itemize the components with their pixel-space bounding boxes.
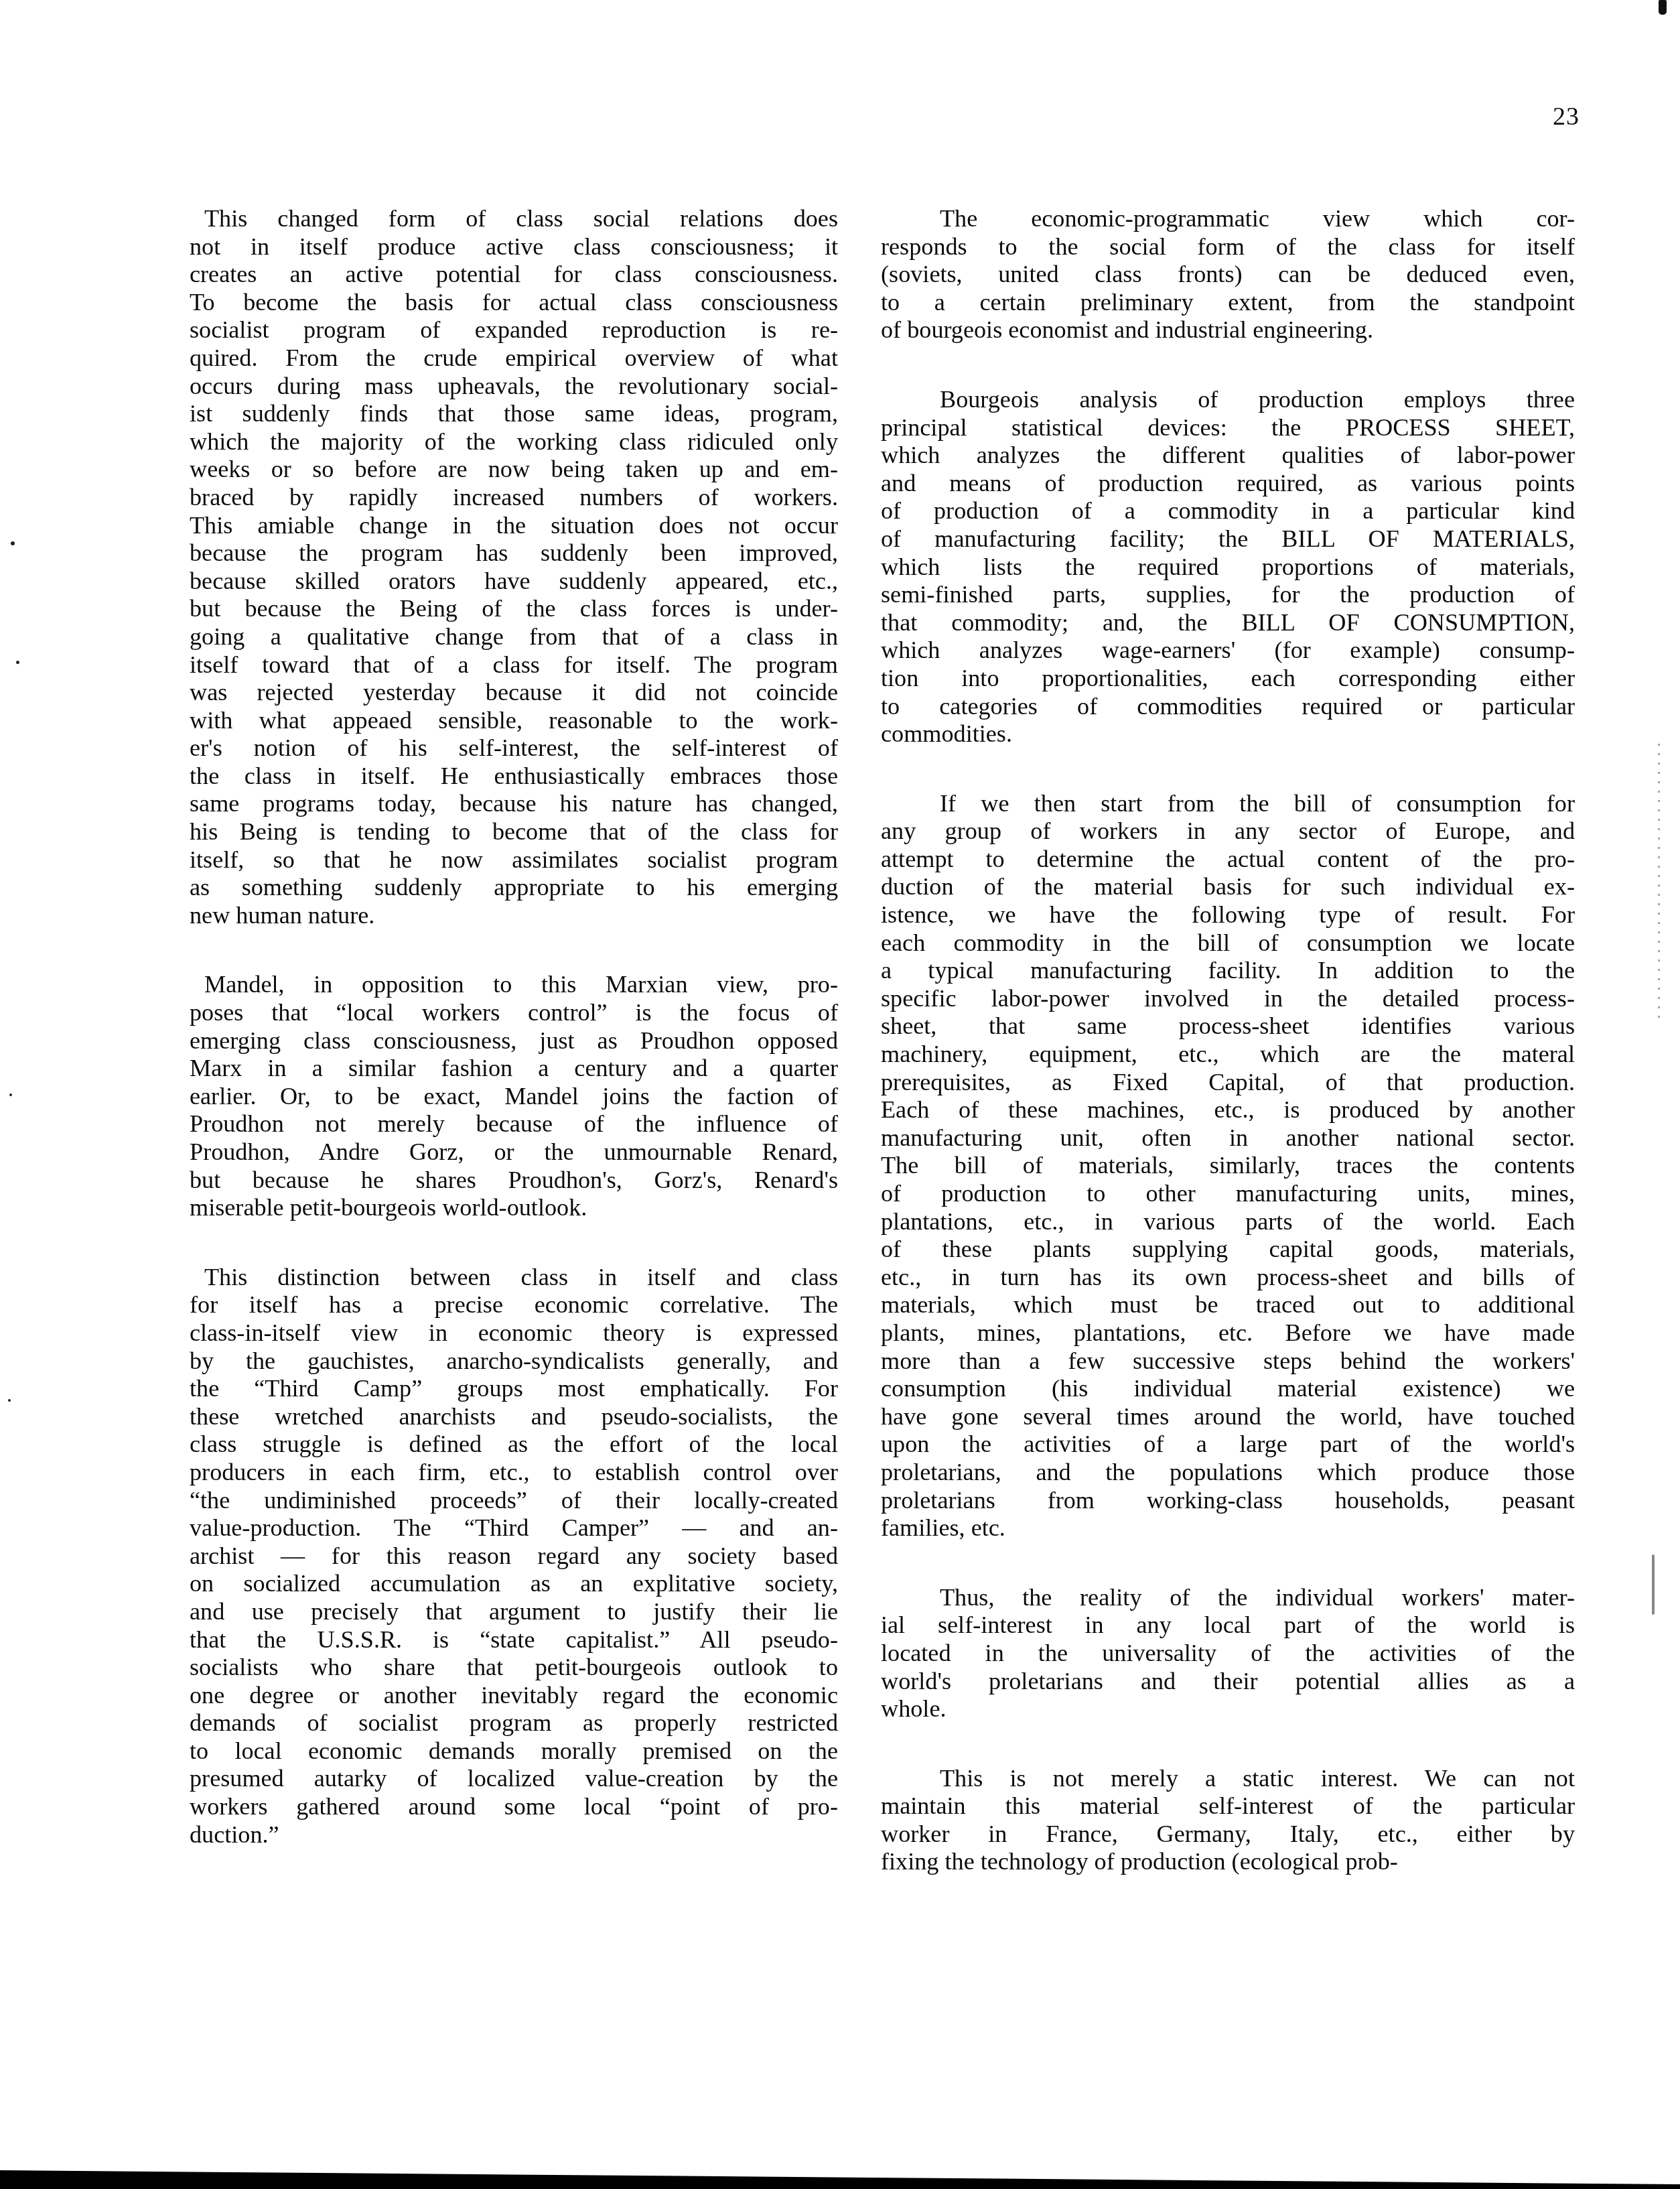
text-line: duction.”: [190, 1821, 838, 1849]
paragraph: Mandel, in opposition to this Marxian vi…: [190, 971, 838, 1221]
text-line: not in itself produce active class consc…: [190, 233, 838, 261]
text-line: of these plants supplying capital goods,…: [881, 1236, 1575, 1264]
text-line: itself, so that he now assimilates socia…: [190, 846, 838, 874]
text-line: “the undiminished proceeds” of their loc…: [190, 1487, 838, 1515]
paragraph: The economic-programmatic view which cor…: [881, 205, 1575, 344]
text-line: the “Third Camp” groups most emphaticall…: [190, 1375, 838, 1403]
text-line: value-production. The “Third Camper” — a…: [190, 1514, 838, 1542]
text-line: This distinction between class in itself…: [190, 1264, 838, 1292]
text-line: (soviets, united class fronts) can be de…: [881, 261, 1575, 289]
text-line: specific labor-power involved in the det…: [881, 985, 1575, 1013]
text-line: Each of these machines, etc., is produce…: [881, 1096, 1575, 1124]
text-line: to categories of commodities required or…: [881, 693, 1575, 721]
text-line: quired. From the crude empirical overvie…: [190, 344, 838, 373]
text-line: producers in each firm, etc., to establi…: [190, 1459, 838, 1487]
text-line: these wretched anarchists and pseudo-soc…: [190, 1403, 838, 1431]
paragraph: This changed form of class social relati…: [190, 205, 838, 929]
text-line: semi-finished parts, supplies, for the p…: [881, 581, 1575, 609]
text-line: manufacturing unit, often in another nat…: [881, 1124, 1575, 1152]
text-line: which analyzes wage-earners' (for exampl…: [881, 637, 1575, 665]
text-line: for itself has a precise economic correl…: [190, 1291, 838, 1319]
text-line: as something suddenly appropriate to his…: [190, 874, 838, 902]
text-line: with what appeaed sensible, reasonable t…: [190, 707, 838, 735]
paragraph: This distinction between class in itself…: [190, 1264, 838, 1849]
text-line: each commodity in the bill of consumptio…: [881, 929, 1575, 957]
text-line: machinery, equipment, etc., which are th…: [881, 1041, 1575, 1069]
text-line: class-in-itself view in economic theory …: [190, 1319, 838, 1347]
text-line: fixing the technology of production (eco…: [881, 1848, 1575, 1876]
paragraph: Thus, the reality of the individual work…: [881, 1584, 1575, 1723]
text-line: commodities.: [881, 720, 1575, 748]
text-line: If we then start from the bill of consum…: [881, 790, 1575, 818]
text-line: class struggle is defined as the effort …: [190, 1431, 838, 1459]
text-line: that commodity; and, the BILL OF CONSUMP…: [881, 609, 1575, 637]
text-line: er's notion of his self-interest, the se…: [190, 734, 838, 762]
text-line: more than a few successive steps behind …: [881, 1347, 1575, 1376]
paragraph: Bourgeois analysis of production employs…: [881, 386, 1575, 748]
text-line: ist suddenly finds that those same ideas…: [190, 400, 838, 428]
text-line: workers gathered around some local “poin…: [190, 1793, 838, 1821]
text-line: emerging class consciousness, just as Pr…: [190, 1027, 838, 1055]
text-line: demands of socialist program as properly…: [190, 1709, 838, 1737]
text-line: to a certain preliminary extent, from th…: [881, 289, 1575, 317]
text-line: any group of workers in any sector of Eu…: [881, 817, 1575, 846]
text-line: which lists the required proportions of …: [881, 553, 1575, 582]
text-line: This is not merely a static interest. We…: [881, 1765, 1575, 1793]
text-line: This changed form of class social relati…: [190, 205, 838, 233]
text-line: responds to the social form of the class…: [881, 233, 1575, 261]
text-line: because the program has suddenly been im…: [190, 539, 838, 568]
text-line: The economic-programmatic view which cor…: [881, 205, 1575, 233]
text-line: Bourgeois analysis of production employs…: [881, 386, 1575, 414]
text-line: weeks or so before are now being taken u…: [190, 456, 838, 484]
text-line: a typical manufacturing facility. In add…: [881, 957, 1575, 985]
text-line: of bourgeois economist and industrial en…: [881, 316, 1575, 344]
text-line: presumed autarky of localized value-crea…: [190, 1765, 838, 1793]
text-line: but because the Being of the class force…: [190, 595, 838, 623]
text-line: world's proletarians and their potential…: [881, 1668, 1575, 1696]
text-line: istence, we have the following type of r…: [881, 901, 1575, 929]
scan-bottom-edge: [0, 2170, 1680, 2189]
text-line: his Being is tending to become that of t…: [190, 818, 838, 846]
text-line: to local economic demands morally premis…: [190, 1737, 838, 1766]
scan-speck: [11, 541, 15, 545]
text-line: maintain this material self-interest of …: [881, 1792, 1575, 1820]
text-line: earlier. Or, to be exact, Mandel joins t…: [190, 1083, 838, 1111]
paragraph: This is not merely a static interest. We…: [881, 1765, 1575, 1876]
text-line: etc., in turn has its own process-sheet …: [881, 1264, 1575, 1292]
scan-speck: [8, 1399, 11, 1402]
text-line: attempt to determine the actual content …: [881, 846, 1575, 874]
text-line: the class in itself. He enthusiastically…: [190, 762, 838, 791]
text-line: which analyzes the different qualities o…: [881, 442, 1575, 470]
text-line: same programs today, because his nature …: [190, 790, 838, 818]
text-line: which the majority of the working class …: [190, 428, 838, 456]
text-line: Marx in a similar fashion a century and …: [190, 1055, 838, 1083]
text-line: worker in France, Germany, Italy, etc., …: [881, 1820, 1575, 1849]
text-line: new human nature.: [190, 902, 838, 930]
text-line: and use precisely that argument to justi…: [190, 1598, 838, 1626]
text-line: Thus, the reality of the individual work…: [881, 1584, 1575, 1612]
text-line: because skilled orators have suddenly ap…: [190, 568, 838, 596]
text-line: principal statistical devices: the PROCE…: [881, 414, 1575, 442]
text-line: miserable petit-bourgeois world-outlook.: [190, 1194, 838, 1222]
text-line: braced by rapidly increased numbers of w…: [190, 484, 838, 512]
text-line: materials, which must be traced out to a…: [881, 1291, 1575, 1319]
text-line: Proudhon, Andre Gorz, or the unmournable…: [190, 1138, 838, 1167]
text-line: was rejected yesterday because it did no…: [190, 679, 838, 707]
text-line: located in the universality of the activ…: [881, 1640, 1575, 1668]
text-line: that the U.S.S.R. is “state capitalist.”…: [190, 1626, 838, 1654]
text-line: on socialized accumulation as an explita…: [190, 1570, 838, 1598]
text-line: families, etc.: [881, 1514, 1575, 1542]
text-line: archist — for this reason regard any soc…: [190, 1542, 838, 1571]
left-column: This changed form of class social relati…: [190, 205, 838, 1890]
page-number: 23: [1553, 102, 1580, 131]
paragraph: If we then start from the bill of consum…: [881, 790, 1575, 1542]
text-line: by the gauchistes, anarcho-syndicalists …: [190, 1347, 838, 1376]
scan-speck: [9, 1093, 12, 1096]
text-line: ial self-interest in any local part of t…: [881, 1611, 1575, 1640]
text-line: itself toward that of a class for itself…: [190, 651, 838, 679]
text-line: occurs during mass upheavals, the revolu…: [190, 373, 838, 401]
scan-speck: [16, 661, 19, 664]
text-line: of production to other manufacturing uni…: [881, 1180, 1575, 1208]
scan-ink-mark: [1659, 0, 1667, 15]
text-line: have gone several times around the world…: [881, 1403, 1575, 1431]
text-line: prerequisites, as Fixed Capital, of that…: [881, 1069, 1575, 1097]
text-line: upon the activities of a large part of t…: [881, 1431, 1575, 1459]
scan-artifact: [1658, 744, 1660, 1025]
text-line: socialist program of expanded reproducti…: [190, 316, 838, 344]
text-line: This amiable change in the situation doe…: [190, 512, 838, 540]
text-line: socialists who share that petit-bourgeoi…: [190, 1654, 838, 1682]
text-line: sheet, that same process-sheet identifie…: [881, 1012, 1575, 1041]
text-line: going a qualitative change from that of …: [190, 623, 838, 651]
text-line: proletarians from working-class househol…: [881, 1487, 1575, 1515]
text-line: and means of production required, as var…: [881, 470, 1575, 498]
text-line: poses that “local workers control” is th…: [190, 999, 838, 1027]
text-line: creates an active potential for class co…: [190, 261, 838, 289]
text-line: plantations, etc., in various parts of t…: [881, 1208, 1575, 1236]
text-line: consumption (his individual material exi…: [881, 1375, 1575, 1403]
text-line: of production of a commodity in a partic…: [881, 497, 1575, 525]
text-line: plants, mines, plantations, etc. Before …: [881, 1319, 1575, 1347]
text-line: Proudhon not merely because of the influ…: [190, 1110, 838, 1138]
text-line: tion into proportionalities, each corres…: [881, 665, 1575, 693]
text-line: To become the basis for actual class con…: [190, 289, 838, 317]
text-line: The bill of materials, similarly, traces…: [881, 1152, 1575, 1180]
right-column: The economic-programmatic view which cor…: [881, 205, 1575, 1918]
text-line: proletarians, and the populations which …: [881, 1459, 1575, 1487]
text-line: duction of the material basis for such i…: [881, 873, 1575, 901]
text-line: whole.: [881, 1695, 1575, 1723]
text-line: of manufacturing facility; the BILL OF M…: [881, 525, 1575, 553]
scan-speck: [1652, 1554, 1655, 1615]
text-line: but because he shares Proudhon's, Gorz's…: [190, 1167, 838, 1195]
text-line: Mandel, in opposition to this Marxian vi…: [190, 971, 838, 999]
text-line: one degree or another inevitably regard …: [190, 1682, 838, 1710]
